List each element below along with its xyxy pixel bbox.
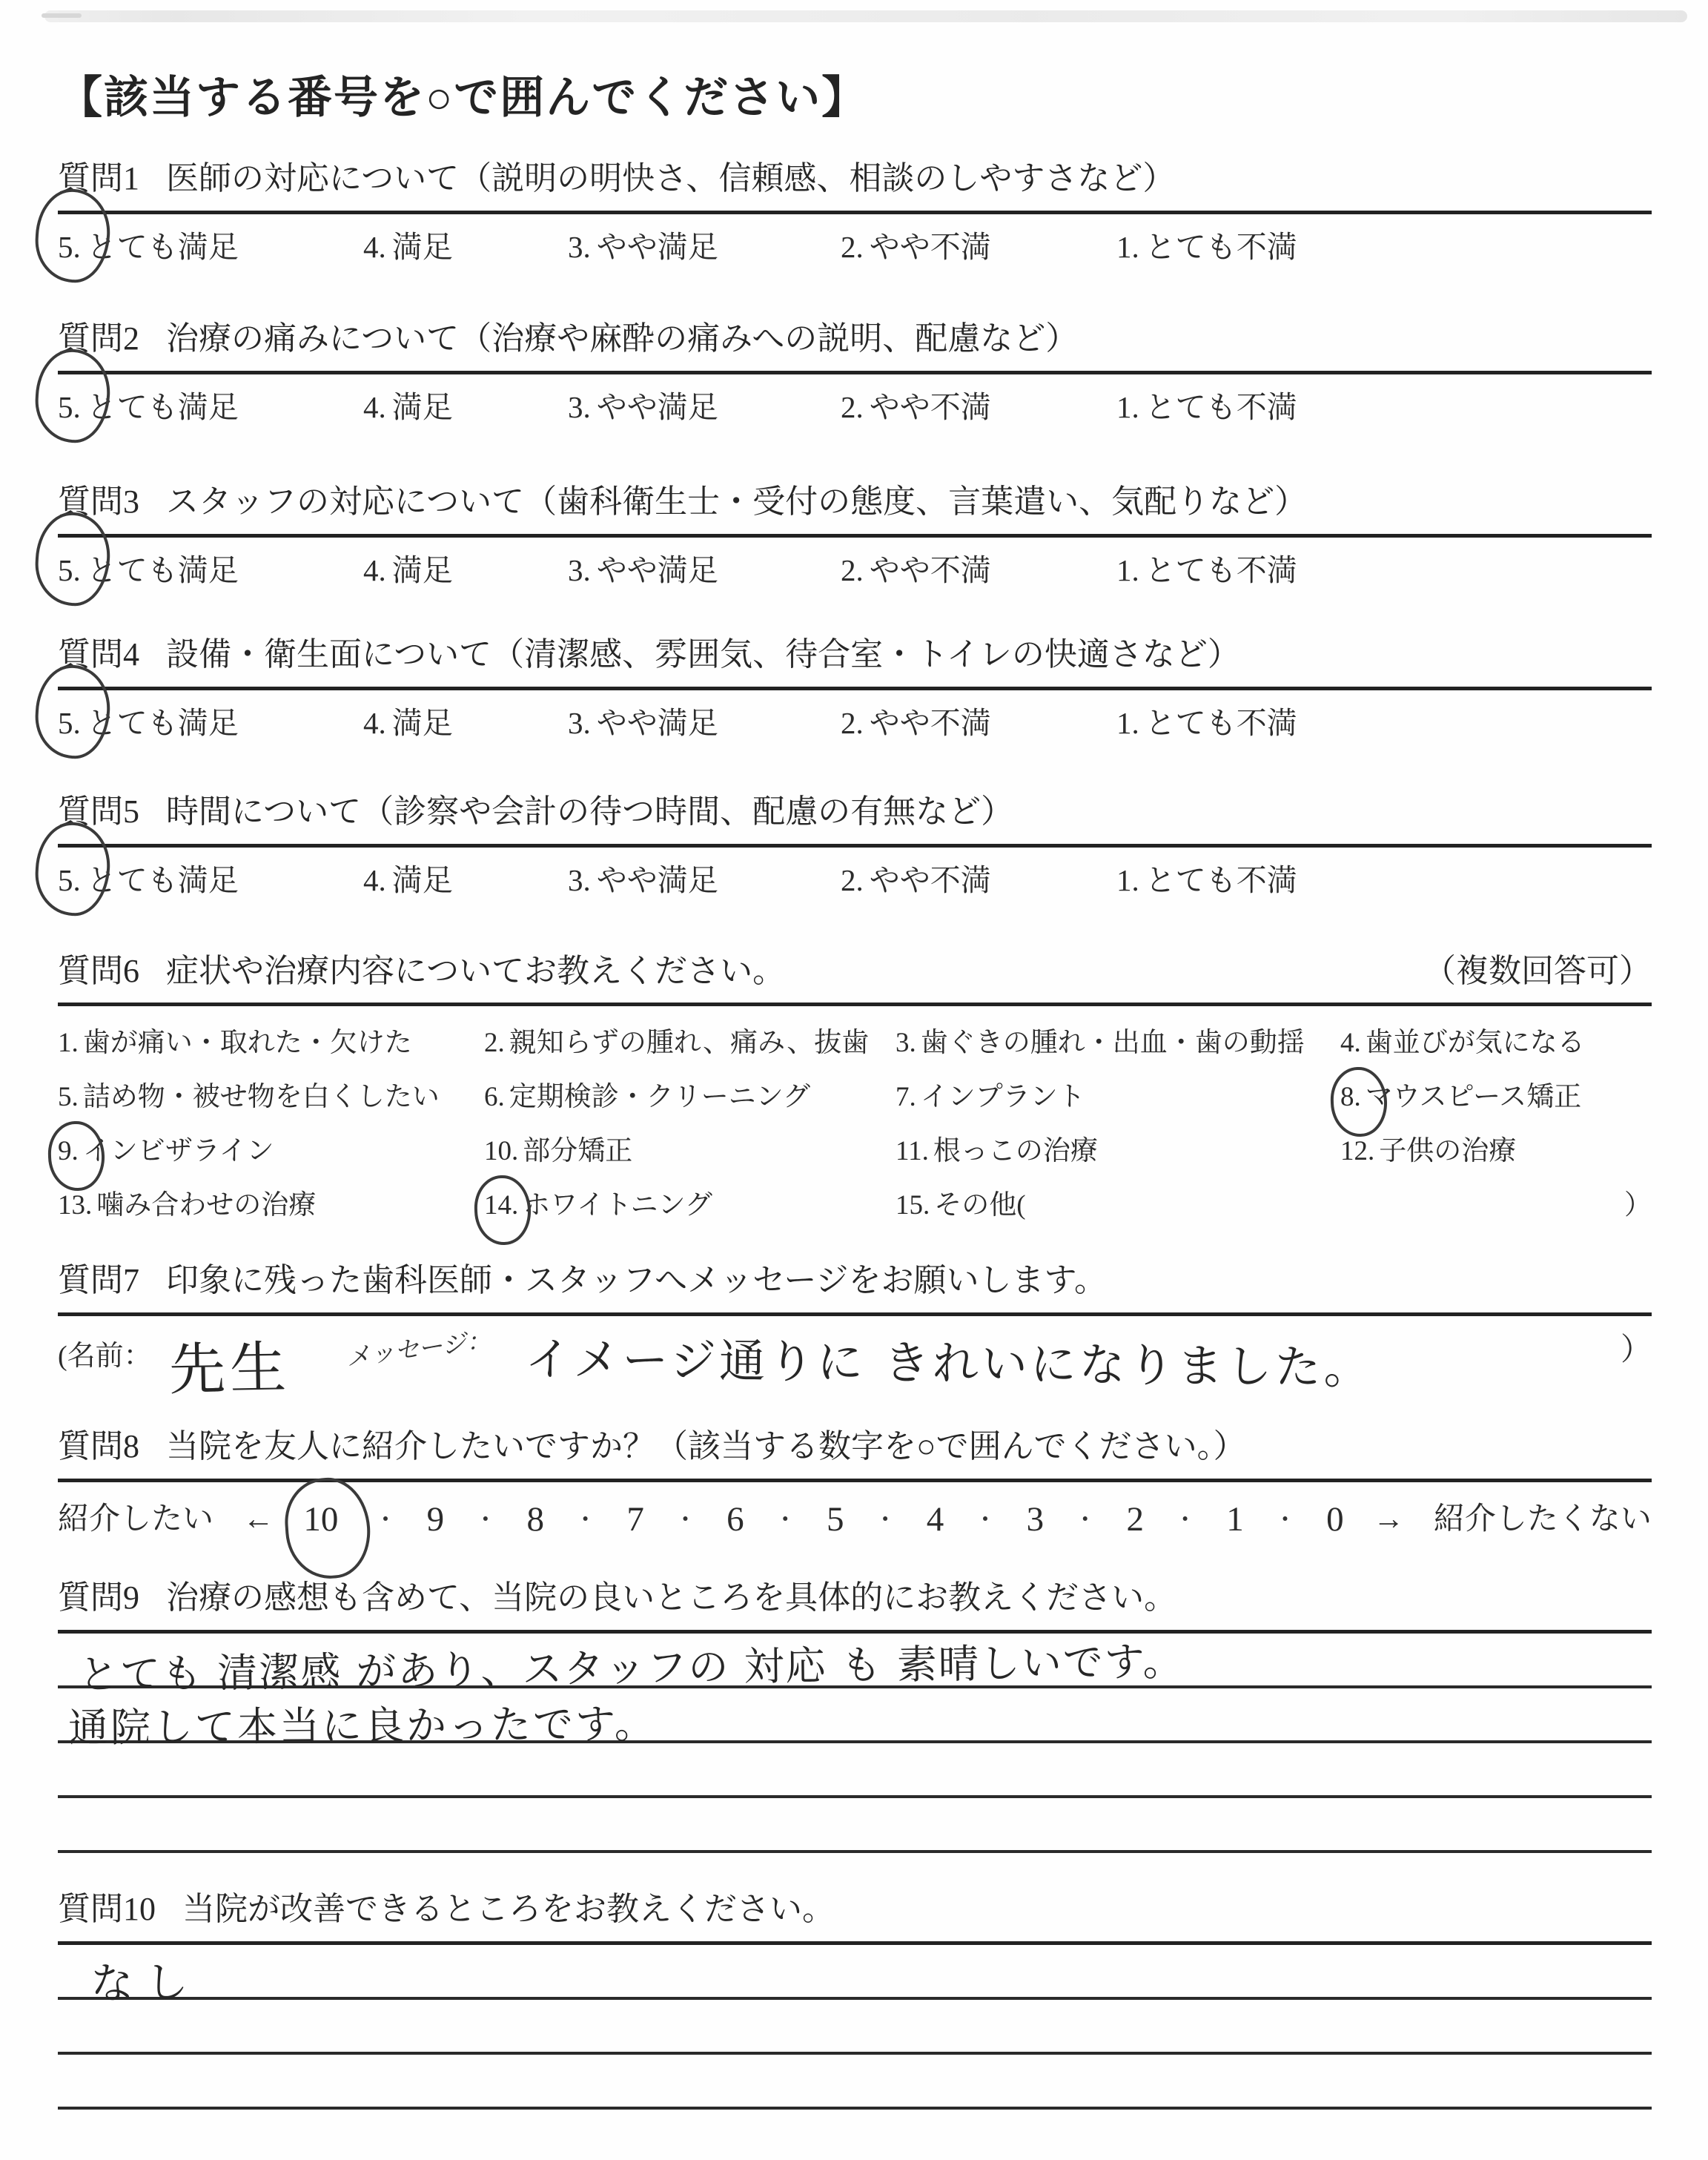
option-number: 14. [484,1190,518,1221]
scale-number: 9 [427,1497,445,1542]
header-rule [58,1479,1652,1482]
other-option-close-paren: ） [1624,1188,1652,1242]
option-number: 4. [1340,1028,1361,1058]
recommend-right-label: 紹介したくない [1434,1497,1652,1542]
option-number: 1. [58,1028,79,1058]
option-number: 15. [896,1190,930,1221]
option-label: やや不満 [870,390,991,424]
rating-option: 3.やや満足 [568,551,841,589]
option-label: インプラント [921,1082,1085,1112]
scale-dot: ・ [973,1497,997,1542]
q6-option-other: 15.その他(） [896,1188,1652,1242]
option-number: 4. [363,553,386,587]
option-label: 噛み合わせの治療 [96,1190,316,1221]
option-label: 部分矯正 [523,1136,632,1166]
rating-option: 2.やや不満 [841,551,1116,589]
option-number: 1. [1116,863,1139,897]
scale-dot: ・ [673,1497,697,1542]
option-label: マウスピース矯正 [1366,1082,1582,1112]
scale-dot: ・ [873,1497,897,1542]
question-text: 印象に残った歯科医師・スタッフへメッセージをお願いします。 [166,1262,1107,1298]
rating-option: 4.満足 [363,704,568,742]
rating-options-row: 5.とても満足 4.満足 3.やや満足 2.やや不満 1.とても不満 [58,861,1652,899]
option-label: その他( [934,1190,1025,1221]
option-label: やや不満 [870,230,991,264]
rating-option: 4.満足 [363,551,568,589]
writing-line [58,2110,1652,2160]
q6-option: 5.詰め物・被せ物を白くしたい [58,1080,484,1134]
question-block-8: 質問8当院を友人に紹介したいですか？（該当する数字を○で囲んでください。） 紹介… [58,1425,1652,1542]
rating-option: 1.とても不満 [1116,228,1297,266]
option-label: 根っこの治療 [933,1136,1098,1166]
writing-line: 通院して本当に良かったです。 [58,1688,1652,1743]
option-label: やや不満 [870,553,991,587]
scale-dot: ・ [574,1497,598,1542]
rating-option: 3.やや満足 [568,388,841,426]
option-number: 12. [1340,1136,1374,1166]
message-field-label: メッセージ： [344,1321,492,1373]
option-number: 3. [568,553,591,587]
option-label: やや満足 [597,863,718,897]
option-label: とても不満 [1145,863,1297,897]
writing-line [58,1743,1652,1798]
scale-number: 4 [927,1497,944,1542]
header-rule [58,534,1652,538]
question-label: 質問3 [58,483,139,520]
option-label: 満足 [392,553,453,587]
option-number: 2. [841,553,864,587]
rating-option: 1.とても不満 [1116,388,1297,426]
scale-dot: ・ [374,1497,397,1542]
writing-line [58,1798,1652,1853]
question-block-6: 質問6症状や治療内容についてお教えください。 （複数回答可） 1.歯が痛い・取れ… [58,951,1652,1242]
header-rule [58,371,1652,374]
question-text: 治療の感想も含めて、当院の良いところを具体的にお教えください。 [166,1579,1176,1616]
scale-number: 7 [626,1497,644,1542]
rating-options-row: 5.とても満足 4.満足 3.やや満足 2.やや不満 1.とても不満 [58,551,1652,589]
option-label: とても不満 [1145,230,1297,264]
scale-number: 6 [726,1497,744,1542]
name-field-label: (名前： [58,1332,152,1373]
option-label: とても不満 [1145,706,1297,740]
right-arrow: → [1373,1497,1404,1542]
q6-option: 11.根っこの治療 [896,1134,1340,1188]
option-label: やや満足 [597,553,718,587]
rating-option: 5.とても満足 [58,388,363,426]
scan-artifact-dash [42,13,82,18]
q6-option: 1.歯が痛い・取れた・欠けた [58,1025,484,1080]
question-label: 質問1 [58,160,139,196]
option-number: 4. [363,390,386,424]
option-number: 5. [58,706,81,740]
rating-option: 5.とても満足 [58,551,363,589]
option-number: 5. [58,390,81,424]
left-arrow: ← [243,1497,274,1542]
question-label: 質問4 [58,636,139,673]
rating-option: 3.やや満足 [568,228,841,266]
question-text: 症状や治療内容についてお教えください。 [166,953,785,989]
header-rule [58,211,1652,214]
option-number: 5. [58,230,81,264]
option-number: 1. [1116,230,1139,264]
question-block-5: 質問5時間について（診察や会計の待つ時間、配慮の有無など） 5.とても満足 4.… [58,790,1652,899]
scale-number: 0 [1326,1497,1344,1542]
name-field-value-handwritten: 先生 [168,1323,291,1406]
option-label: とても満足 [87,553,239,587]
option-label: インビザライン [83,1136,274,1166]
question-block-4: 質問4設備・衛生面について（清潔感、雰囲気、待合室・トイレの快適さなど） 5.と… [58,633,1652,742]
scale-number: 2 [1126,1497,1144,1542]
option-number: 4. [363,706,386,740]
option-number: 3. [568,863,591,897]
option-number: 4. [363,230,386,264]
option-label: とても不満 [1145,390,1297,424]
option-label: ホワイトニング [523,1190,712,1221]
message-field-value-handwritten: イメージ通りに きれいになりました。 [525,1322,1374,1397]
scale-number: 8 [526,1497,544,1542]
rating-option: 2.やや不満 [841,388,1116,426]
q7-answer-row: (名前： 先生 メッセージ： イメージ通りに きれいになりました。 ） [58,1328,1652,1426]
option-number: 2. [484,1028,505,1058]
option-number: 3. [568,706,591,740]
rating-options-row: 5.とても満足 4.満足 3.やや満足 2.やや不満 1.とても不満 [58,388,1652,426]
scale-dot: ・ [1174,1497,1197,1542]
question-text: 医師の対応について（説明の明快さ、信頼感、相談のしやすさなど） [166,160,1175,196]
q6-option: 13.噛み合わせの治療 [58,1188,484,1242]
question-label: 質問5 [58,793,139,830]
rating-options-row: 5.とても満足 4.満足 3.やや満足 2.やや不満 1.とても不満 [58,228,1652,266]
option-number: 6. [484,1082,505,1112]
option-number: 2. [841,230,864,264]
option-label: とても不満 [1145,553,1297,587]
question-block-7: 質問7印象に残った歯科医師・スタッフへメッセージをお願いします。 (名前： 先生… [58,1259,1652,1426]
question-text: 設備・衛生面について（清潔感、雰囲気、待合室・トイレの快適さなど） [166,636,1240,673]
rating-option: 4.満足 [363,228,568,266]
q6-option: 8.マウスピース矯正 [1340,1080,1652,1134]
scale-dot: ・ [1073,1497,1097,1542]
rating-option: 2.やや不満 [841,861,1116,899]
rating-option: 3.やや満足 [568,704,841,742]
writing-line: なし [58,1945,1652,2000]
option-number: 3. [568,390,591,424]
option-number: 1. [1116,390,1139,424]
rating-option: 1.とても不満 [1116,704,1297,742]
form-title: 【該当する番号を○で囲んでください】 [58,62,1652,126]
rating-option: 4.満足 [363,388,568,426]
rating-options-row: 5.とても満足 4.満足 3.やや満足 2.やや不満 1.とても不満 [58,704,1652,742]
scale-dot: ・ [773,1497,797,1542]
q6-option: 6.定期検診・クリーニング [484,1080,896,1134]
rating-option: 5.とても満足 [58,228,363,266]
writing-line: とても 清潔感 があり、スタッフの 対応 も 素晴しいです。 [58,1634,1652,1688]
question-text: 当院を友人に紹介したいですか？（該当する数字を○で囲んでください。） [166,1428,1246,1464]
header-rule [58,1003,1652,1006]
question-block-1: 質問1医師の対応について（説明の明快さ、信頼感、相談のしやすさなど） 5.とても… [58,157,1652,266]
recommend-left-label: 紹介したい [58,1497,213,1542]
writing-line [58,2000,1652,2055]
question-block-3: 質問3スタッフの対応について（歯科衛生士・受付の態度、言葉遣い、気配りなど） 5… [58,480,1652,589]
option-number: 5. [58,1082,79,1112]
scale-number: 10 [303,1500,338,1539]
question-block-9: 質問9治療の感想も含めて、当院の良いところを具体的にお教えください。 とても 清… [58,1576,1652,1853]
scale-number: 3 [1027,1497,1045,1542]
scan-artifact-line [44,10,1687,22]
question-label: 質問7 [58,1262,139,1298]
scanned-survey-page: 【該当する番号を○で囲んでください】 質問1医師の対応について（説明の明快さ、信… [0,0,1708,2160]
row-close-paren: ） [1621,1325,1652,1370]
q6-option: 7.インプラント [896,1080,1340,1134]
option-number: 10. [484,1136,518,1166]
option-number: 1. [1116,706,1139,740]
q6-option: 3.歯ぐきの腫れ・出血・歯の動揺 [896,1025,1340,1080]
question-label: 質問8 [58,1428,139,1464]
option-number: 3. [568,230,591,264]
q6-option: 10.部分矯正 [484,1134,896,1188]
option-number: 13. [58,1190,92,1221]
option-label: 子供の治療 [1379,1136,1516,1166]
option-label: 親知らずの腫れ、痛み、抜歯 [509,1028,869,1058]
option-number: 3. [896,1028,916,1058]
q8-scale-row: 紹介したい ← 10 ・ 9 ・ 8 ・ 7 ・ 6 ・ 5 ・ 4 ・ 3 ・… [58,1497,1652,1542]
option-number: 4. [363,863,386,897]
option-label: やや満足 [597,390,718,424]
option-label: 定期検診・クリーニング [509,1082,810,1112]
question-label: 質問9 [58,1579,139,1616]
question-text: 当院が改善できるところをお教えください。 [182,1891,835,1927]
option-label: とても満足 [87,863,239,897]
option-label: とても満足 [87,390,239,424]
question-label: 質問10 [58,1891,156,1927]
rating-option: 1.とても不満 [1116,551,1297,589]
option-number: 9. [58,1136,79,1166]
option-label: やや不満 [870,706,991,740]
rating-option: 2.やや不満 [841,704,1116,742]
header-rule [58,844,1652,848]
rating-option: 2.やや不満 [841,228,1116,266]
question-text: 時間について（診察や会計の待つ時間、配慮の有無など） [166,793,1013,830]
rating-option: 5.とても満足 [58,704,363,742]
option-number: 2. [841,390,864,424]
question-label: 質問6 [58,953,139,989]
option-label: とても満足 [87,706,239,740]
option-number: 5. [58,553,81,587]
scale-number: 1 [1226,1497,1244,1542]
option-label: 歯が痛い・取れた・欠けた [83,1028,412,1058]
question-label: 質問2 [58,320,139,357]
scale-dot: ・ [474,1497,497,1542]
question-text: スタッフの対応について（歯科衛生士・受付の態度、言葉遣い、気配りなど） [166,483,1307,520]
option-label: やや不満 [870,863,991,897]
option-label: 満足 [392,390,453,424]
header-rule [58,1312,1652,1316]
option-label: 満足 [392,230,453,264]
q6-option: 9.インビザライン [58,1134,484,1188]
question-text: 治療の痛みについて（治療や麻酔の痛みへの説明、配慮など） [166,320,1078,357]
q6-option: 12.子供の治療 [1340,1134,1652,1188]
option-number: 11. [896,1136,929,1166]
option-number: 8. [1340,1082,1361,1112]
q6-options-grid: 1.歯が痛い・取れた・欠けた 2.親知らずの腫れ、痛み、抜歯 3.歯ぐきの腫れ・… [58,1025,1652,1242]
scale-number: 5 [827,1497,844,1542]
question-header: 質問1医師の対応について（説明の明快さ、信頼感、相談のしやすさなど） [58,157,1652,200]
writing-line [58,2055,1652,2110]
option-number: 7. [896,1082,916,1112]
multi-answer-note: （複数回答可） [1423,951,1652,992]
rating-option: 4.満足 [363,861,568,899]
q6-option: 4.歯並びが気になる [1340,1025,1652,1080]
header-rule [58,687,1652,690]
option-label: 歯並びが気になる [1366,1028,1585,1058]
option-label: 満足 [392,863,453,897]
rating-option: 1.とても不満 [1116,861,1297,899]
question-block-2: 質問2治療の痛みについて（治療や麻酔の痛みへの説明、配慮など） 5.とても満足 … [58,317,1652,426]
option-number: 1. [1116,553,1139,587]
option-number: 2. [841,706,864,740]
option-label: 満足 [392,706,453,740]
option-label: やや満足 [597,230,718,264]
rating-option: 5.とても満足 [58,861,363,899]
question-block-10: 質問10当院が改善できるところをお教えください。 なし [58,1888,1652,2160]
q6-option: 2.親知らずの腫れ、痛み、抜歯 [484,1025,896,1080]
scale-dot: ・ [1273,1497,1297,1542]
option-label: とても満足 [87,230,239,264]
option-label: 歯ぐきの腫れ・出血・歯の動揺 [921,1028,1305,1058]
option-number: 2. [841,863,864,897]
option-label: 詰め物・被せ物を白くしたい [83,1082,440,1112]
option-label: やや満足 [597,706,718,740]
option-number: 5. [58,863,81,897]
q6-option: 14.ホワイトニング [484,1188,896,1242]
rating-option: 3.やや満足 [568,861,841,899]
